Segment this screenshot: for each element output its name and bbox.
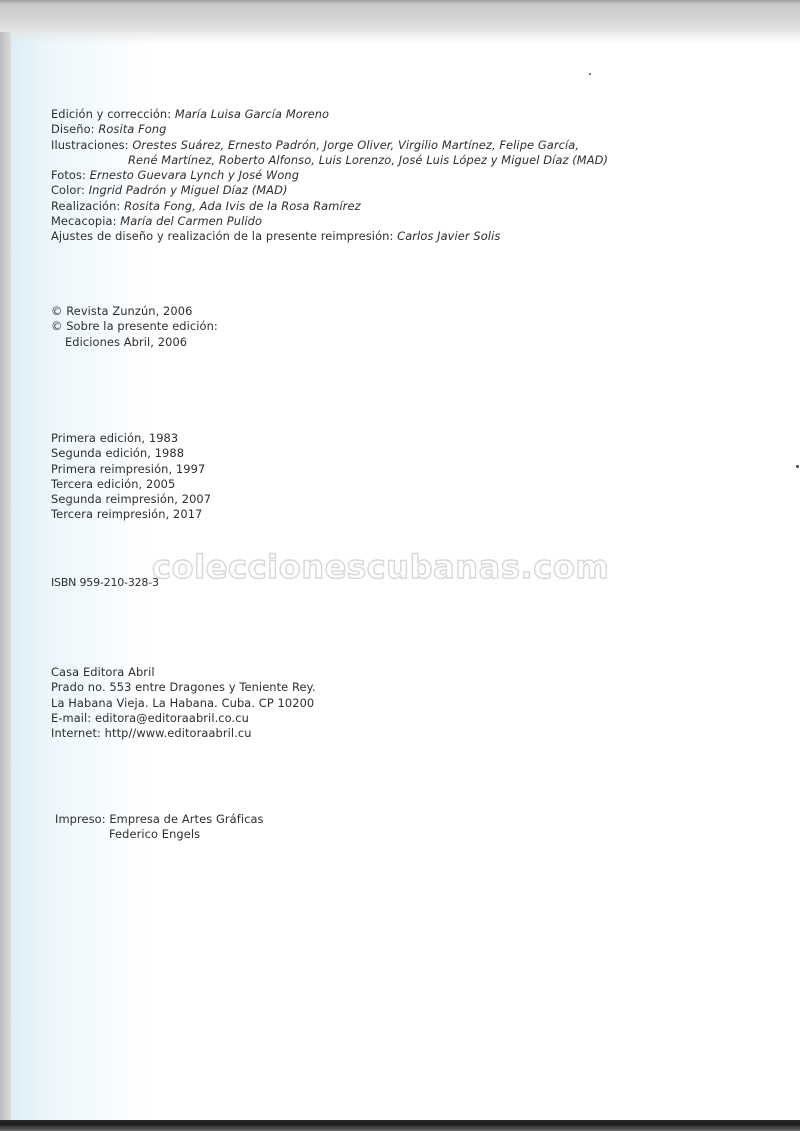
publisher-email: E-mail: editora@editoraabril.co.cu <box>51 711 316 726</box>
edition-item: Primera reimpresión, 1997 <box>51 462 211 477</box>
printer-line: Impreso: Empresa de Artes Gráficas <box>55 812 264 827</box>
credits-block: Edición y corrección: María Luisa García… <box>51 107 608 245</box>
credit-ilustraciones: Ilustraciones: Orestes Suárez, Ernesto P… <box>51 138 608 153</box>
edition-item: Segunda reimpresión, 2007 <box>51 492 211 507</box>
scan-border-top <box>0 0 800 32</box>
credit-ajustes: Ajustes de diseño y realización de la pr… <box>51 229 608 244</box>
scan-border-bottom <box>0 1120 800 1131</box>
publisher-name: Casa Editora Abril <box>51 665 316 680</box>
edition-item: Tercera edición, 2005 <box>51 477 211 492</box>
publisher-address: La Habana Vieja. La Habana. Cuba. CP 102… <box>51 696 316 711</box>
copyright-block: © Revista Zunzún, 2006 © Sobre la presen… <box>51 304 218 350</box>
credit-color: Color: Ingrid Padrón y Miguel Díaz (MAD) <box>51 183 608 198</box>
credit-realizacion: Realización: Rosita Fong, Ada Ivis de la… <box>51 199 608 214</box>
copyright-line: Ediciones Abril, 2006 <box>51 335 218 350</box>
printer-line: Federico Engels <box>55 827 264 842</box>
credit-fotos: Fotos: Ernesto Guevara Lynch y José Wong <box>51 168 608 183</box>
credit-mecacopia: Mecacopia: María del Carmen Pulido <box>51 214 608 229</box>
credit-diseno: Diseño: Rosita Fong <box>51 122 608 137</box>
credit-ilustraciones-cont: René Martínez, Roberto Alfonso, Luis Lor… <box>51 153 608 168</box>
scan-border-left <box>0 32 11 1122</box>
edition-item: Primera edición, 1983 <box>51 431 211 446</box>
copyright-line: © Revista Zunzún, 2006 <box>51 304 218 319</box>
credit-edicion: Edición y corrección: María Luisa García… <box>51 107 608 122</box>
publisher-website: Internet: http//www.editoraabril.cu <box>51 726 316 741</box>
edition-item: Tercera reimpresión, 2017 <box>51 507 211 522</box>
isbn: ISBN 959-210-328-3 <box>51 575 159 590</box>
publisher-block: Casa Editora Abril Prado no. 553 entre D… <box>51 665 316 741</box>
edition-item: Segunda edición, 1988 <box>51 446 211 461</box>
watermark: coleccionescubanas.com <box>152 548 609 586</box>
copyright-line: © Sobre la presente edición: <box>51 319 218 334</box>
editions-list: Primera edición, 1983 Segunda edición, 1… <box>51 431 211 523</box>
scan-speck <box>796 465 799 468</box>
page-shadow <box>11 32 800 44</box>
scan-speck <box>589 73 591 75</box>
printer-block: Impreso: Empresa de Artes Gráficas Feder… <box>55 812 264 843</box>
publisher-address: Prado no. 553 entre Dragones y Teniente … <box>51 680 316 695</box>
